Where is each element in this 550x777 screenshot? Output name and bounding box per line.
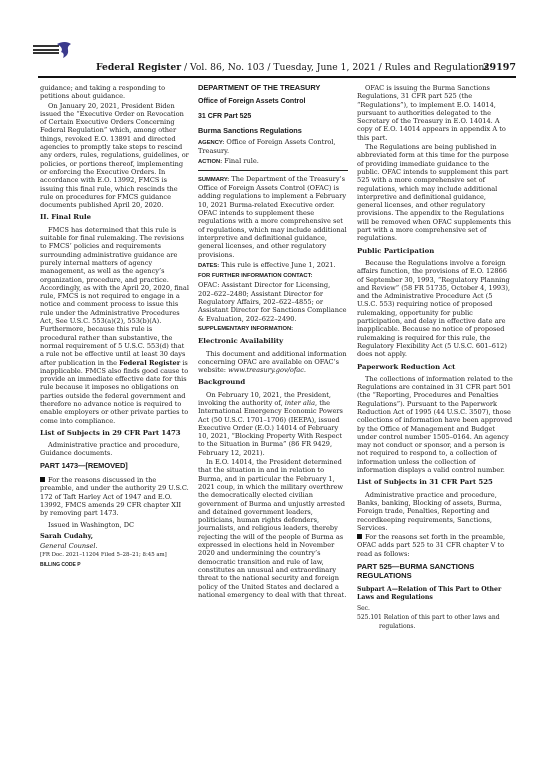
billing-code: BILLING CODE P <box>40 561 189 569</box>
section-heading: Electronic Availability <box>198 337 348 345</box>
part-heading: PART 1473—[REMOVED] <box>40 462 189 470</box>
paragraph: Because the Regulations involve a foreig… <box>357 259 513 359</box>
page-number: 29197 <box>483 62 516 73</box>
column-3: OFAC is issuing the Burma Sanctions Regu… <box>357 84 513 631</box>
paragraph: The collections of information related t… <box>357 375 513 475</box>
bullet-icon <box>40 477 45 482</box>
section-heading: Public Participation <box>357 247 513 255</box>
paragraph: Administrative practice and procedure, B… <box>357 491 513 532</box>
amendment-paragraph: For the reasons set forth in the preambl… <box>357 533 513 558</box>
contact-label: FOR FURTHER INFORMATION CONTACT: <box>198 272 348 280</box>
contact-info: OFAC: Assistant Director for Licensing, … <box>198 281 348 322</box>
subjects-heading: List of Subjects in 31 CFR Part 525 <box>357 478 513 486</box>
summary: SUMMARY: The Department of the Treasury’… <box>198 175 348 259</box>
section-heading: II. Final Rule <box>40 213 189 221</box>
signer-name: Sarah Cudahy, <box>40 532 189 540</box>
running-header: Federal Register / Vol. 86, No. 103 / Tu… <box>96 62 516 73</box>
fr-doc-line: [FR Doc. 2021–11204 Filed 5–28–21; 8:45 … <box>40 551 189 559</box>
toc-item[interactable]: 525.101 Relation of this part to other l… <box>357 614 513 631</box>
dates: DATES: This rule is effective June 1, 20… <box>198 261 348 270</box>
rule-title: Burma Sanctions Regulations <box>198 127 348 135</box>
subpart-heading: Subpart A—Relation of This Part to Other… <box>357 586 513 601</box>
bullet-icon <box>357 534 362 539</box>
section-heading: Background <box>198 378 348 386</box>
paragraph: In E.O. 14014, the President determined … <box>198 458 348 599</box>
gpo-logo <box>33 40 75 60</box>
signer-title: General Counsel. <box>40 542 189 550</box>
paragraph: guidance; and taking a responding to pet… <box>40 84 189 101</box>
office-heading: Office of Foreign Assets Control <box>198 98 348 106</box>
paragraph: The Regulations are being published in a… <box>357 143 513 243</box>
paragraph: On February 10, 2021, the President, inv… <box>198 391 348 457</box>
paragraph: FMCS has determined that this rule is su… <box>40 226 189 425</box>
issued-location: Issued in Washington, DC <box>40 521 189 529</box>
paragraph: Administrative practice and procedure, G… <box>40 441 189 458</box>
section-heading: Paperwork Reduction Act <box>357 363 513 371</box>
eagle-icon <box>55 40 73 60</box>
action-line: ACTION: Final rule. <box>198 157 348 166</box>
paragraph: OFAC is issuing the Burma Sanctions Regu… <box>357 84 513 142</box>
agency-line: AGENCY: Office of Foreign Assets Control… <box>198 138 348 156</box>
cfr-heading: 31 CFR Part 525 <box>198 113 348 121</box>
issue-info: / Vol. 86, No. 103 / Tuesday, June 1, 20… <box>181 62 489 73</box>
paragraph: On January 20, 2021, President Biden iss… <box>40 102 189 210</box>
amendment-paragraph: For the reasons discussed in the preambl… <box>40 476 189 517</box>
paragraph: This document and additional information… <box>198 350 348 375</box>
column-2: DEPARTMENT OF THE TREASURY Office of For… <box>198 84 348 600</box>
toc-label: Sec. <box>357 605 513 613</box>
part-heading: PART 525—BURMA SANCTIONS REGULATIONS <box>357 562 513 580</box>
website-link[interactable]: www.treasury.gov/ofac. <box>228 366 306 374</box>
header-rule <box>38 76 516 78</box>
subjects-heading: List of Subjects in 29 CFR Part 1473 <box>40 429 189 437</box>
divider <box>198 170 348 171</box>
journal-name: Federal Register <box>96 62 181 73</box>
department-heading: DEPARTMENT OF THE TREASURY <box>198 84 348 92</box>
supplementary-label: SUPPLEMENTARY INFORMATION: <box>198 325 348 333</box>
column-1: guidance; and taking a responding to pet… <box>40 84 189 570</box>
